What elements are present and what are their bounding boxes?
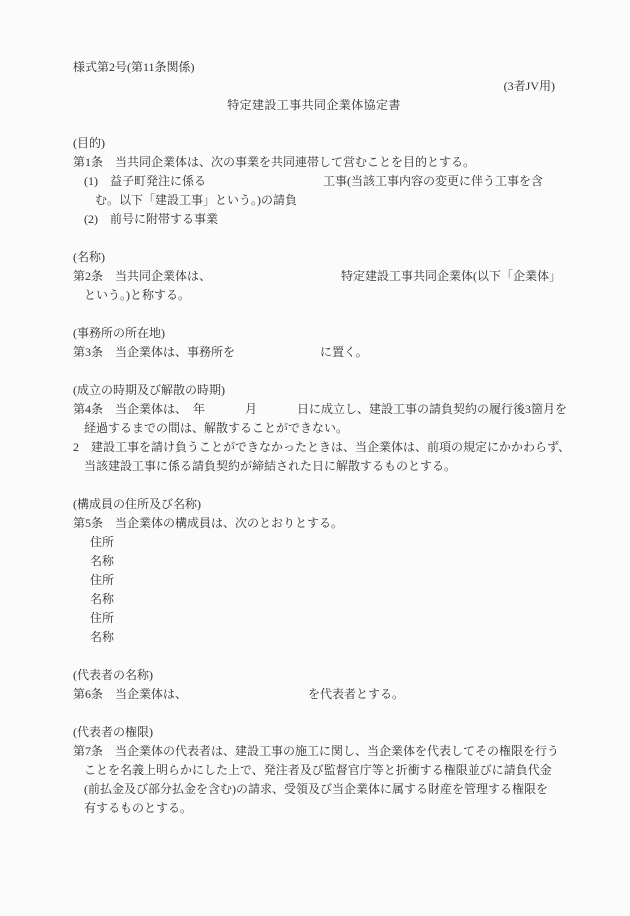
article-3-text-before-blank: 第3条 当企業体は、事務所を [73,345,235,359]
article-1-item-2: (2) 前号に附帯する事業 [73,210,555,229]
article-2-continuation: という。)と称する。 [73,286,555,305]
article-6-text-before-blank: 第6条 当企業体は、 [73,687,187,701]
article-6-text: 第6条 当企業体は、を代表者とする。 [73,685,555,704]
article-4-paragraph-2: 2 建設工事を請け負うことができなかったときは、当企業体は、前項の規定にかかわら… [73,438,555,457]
blank-fill-office-location [235,355,320,356]
jv-usage-note: (3者JV用) [73,77,555,96]
blank-line [73,115,555,134]
item-1-text-after-blank: 工事(当該工事内容の変更に伴う工事を含 [323,174,543,188]
article-7-line-3: (前払金及び部分払金を含む)の請求、受領及び当企業体に属する財産を管理する権限を [73,780,555,799]
article-4-paragraph-2-continuation: 当該建設工事に係る請負契約が締結された日に解散するものとする。 [73,457,555,476]
article-4-text-lead: 第4条 当企業体は、 [73,402,187,416]
article-4-text-tail: 日に成立し、建設工事の請負契約の履行後3箇月を [297,402,567,416]
article-7-line-1: 第7条 当企業体の代表者は、建設工事の施工に関し、当企業体を代表してその権限を行… [73,742,555,761]
document-page: 様式第2号(第11条関係) (3者JV用) 特定建設工事共同企業体協定書 (目的… [0,0,630,916]
article-1-text: 第1条 当共同企業体は、次の事業を共同連帯して営むことを目的とする。 [73,153,555,172]
document-title: 特定建設工事共同企業体協定書 [73,96,555,115]
blank-fill-day [257,412,297,413]
section-heading-members: (構成員の住所及び名称) [73,495,555,514]
section-heading-representative: (代表者の名称) [73,666,555,685]
member-name-label: 名称 [73,552,555,571]
item-1-text-before-blank: (1) 益子町発注に係る [84,174,206,188]
article-2-text-before-blank: 第2条 当共同企業体は、 [73,269,211,283]
blank-fill-project-name [206,184,323,185]
section-heading-office: (事務所の所在地) [73,324,555,343]
member-address-label: 住所 [73,609,555,628]
member-name-label: 名称 [73,590,555,609]
article-2-text-after-blank: 特定建設工事共同企業体(以下「企業体」 [341,269,561,283]
member-address-label: 住所 [73,533,555,552]
blank-line [73,229,555,248]
article-7-line-4: 有するものとする。 [73,799,555,818]
blank-line [73,476,555,495]
article-3-text: 第3条 当企業体は、事務所をに置く。 [73,343,555,362]
article-3-text-after-blank: に置く。 [320,345,368,359]
article-4-text: 第4条 当企業体は、年月日に成立し、建設工事の請負契約の履行後3箇月を [73,400,555,419]
article-6-text-after-blank: を代表者とする。 [308,687,404,701]
month-label: 月 [245,402,257,416]
year-label: 年 [193,402,205,416]
blank-fill-representative-name [187,697,308,698]
member-address-label: 住所 [73,571,555,590]
section-heading-rep-authority: (代表者の権限) [73,723,555,742]
article-4-continuation: 経過するまでの間は、解散することができない。 [73,419,555,438]
blank-line [73,305,555,324]
article-1-item-1-continuation: む。以下「建設工事」という。)の請負 [73,191,555,210]
section-heading-formation: (成立の時期及び解散の時期) [73,381,555,400]
article-5-text: 第5条 当企業体の構成員は、次のとおりとする。 [73,514,555,533]
article-7-line-2: ことを名義上明らかにした上で、発注者及び監督官庁等と折衝する権限並びに請負代金 [73,761,555,780]
blank-fill-jv-name [211,279,341,280]
form-number: 様式第2号(第11条関係) [73,58,555,77]
blank-line [73,362,555,381]
article-1-item-1: (1) 益子町発注に係る工事(当該工事内容の変更に伴う工事を含 [73,172,555,191]
blank-line [73,704,555,723]
article-2-text: 第2条 当共同企業体は、特定建設工事共同企業体(以下「企業体」 [73,267,555,286]
blank-fill-month [205,412,245,413]
blank-line [73,647,555,666]
section-heading-purpose: (目的) [73,134,555,153]
section-heading-name: (名称) [73,248,555,267]
member-name-label: 名称 [73,628,555,647]
